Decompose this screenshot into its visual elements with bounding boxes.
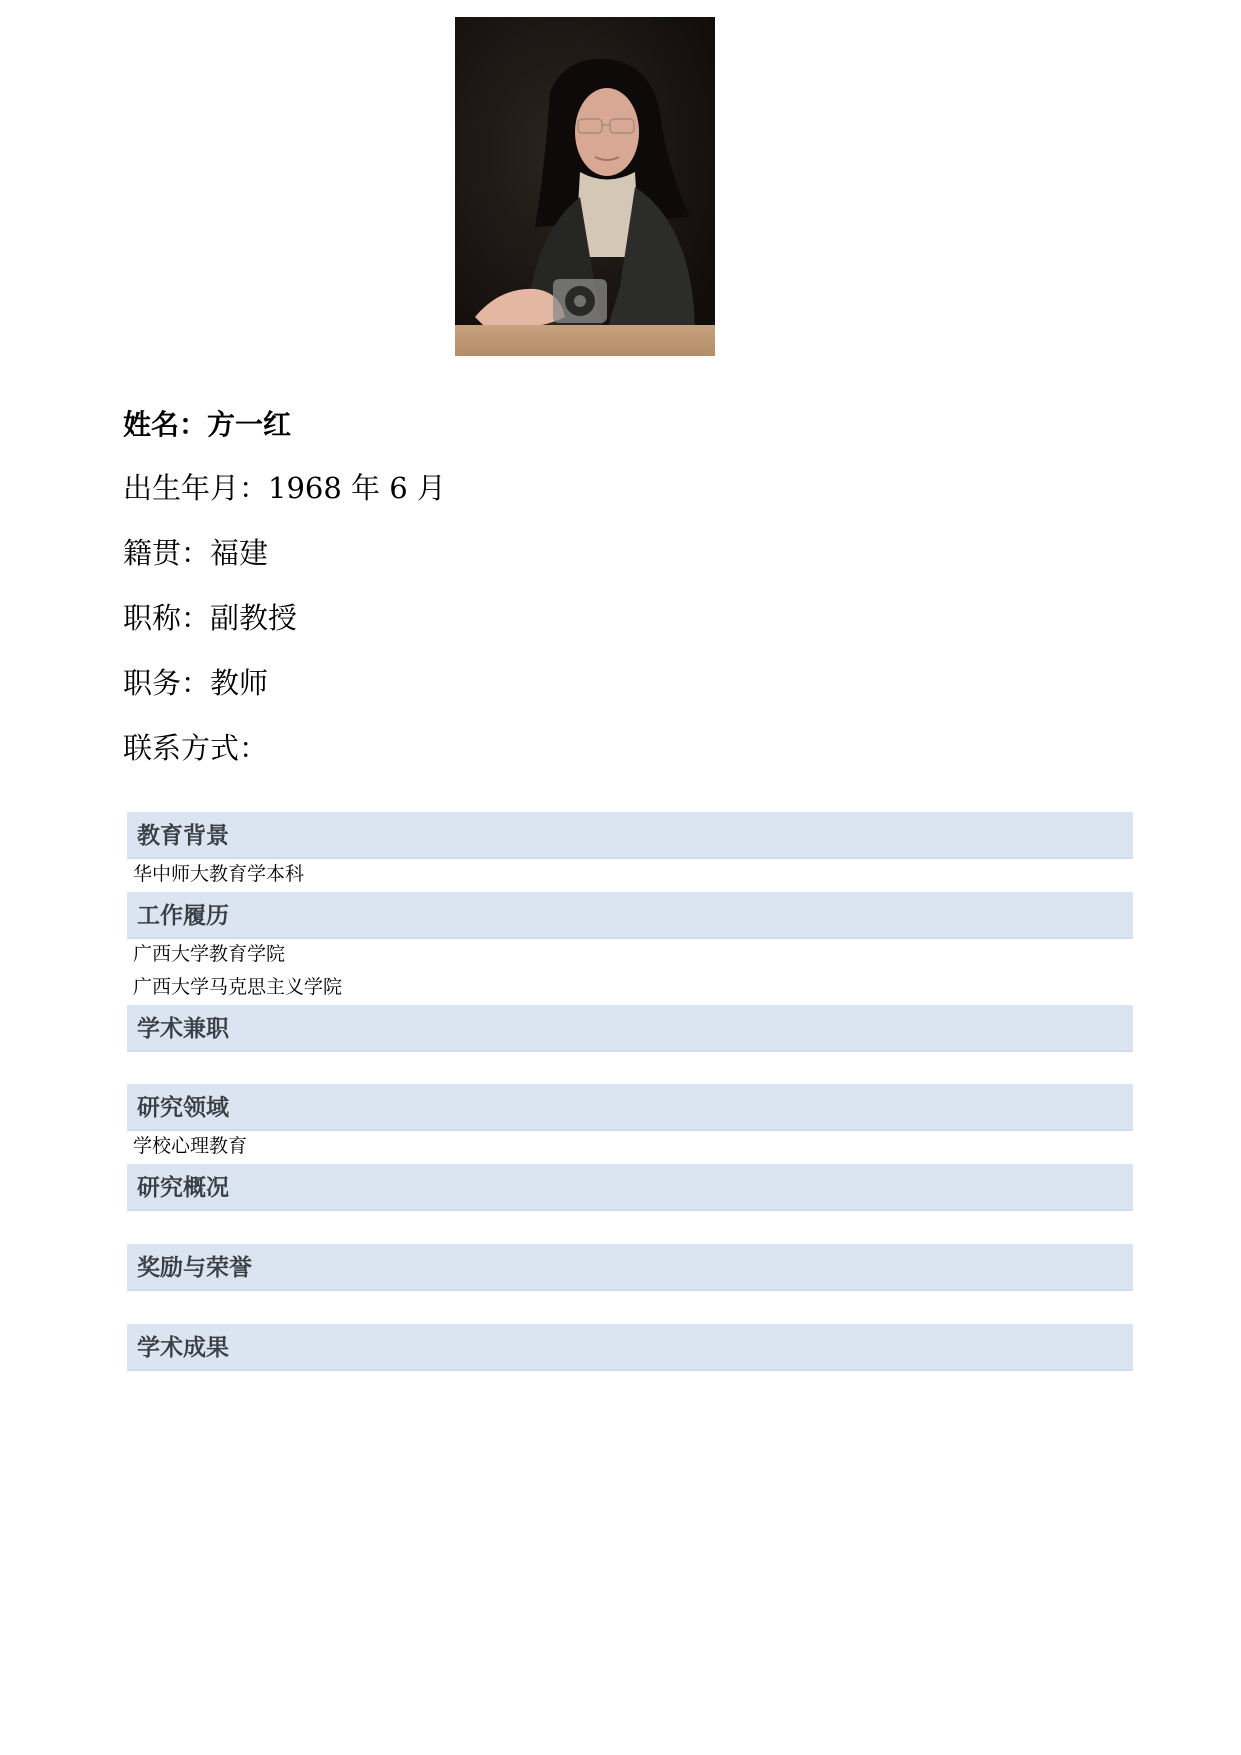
section-title: 教育背景 xyxy=(137,821,229,851)
name-value: 方一红 xyxy=(207,408,291,441)
camera-icon xyxy=(553,279,607,323)
list-item: 广西大学教育学院 xyxy=(133,941,285,967)
professional-title: 职称：副教授 xyxy=(123,600,297,636)
section-title: 学术兼职 xyxy=(137,1014,229,1044)
duty: 职务：教师 xyxy=(123,665,268,701)
profile-photo xyxy=(455,17,715,356)
section-title: 研究概况 xyxy=(137,1173,229,1203)
list-item: 广西大学马克思主义学院 xyxy=(133,974,342,1000)
list-item: 华中师大教育学本科 xyxy=(133,861,304,887)
native-place: 籍贯：福建 xyxy=(123,535,268,571)
section-title: 工作履历 xyxy=(137,901,229,931)
contact-info: 联系方式： xyxy=(123,730,268,766)
section-title: 学术成果 xyxy=(137,1333,229,1363)
portrait-image xyxy=(455,17,715,356)
name-label: 姓名： xyxy=(123,408,207,441)
list-item: 学校心理教育 xyxy=(133,1133,247,1159)
section-title: 奖励与荣誉 xyxy=(137,1253,252,1283)
section-header-publications: 学术成果 xyxy=(127,1324,1133,1371)
section-header-research-overview: 研究概况 xyxy=(127,1164,1133,1211)
section-header-academic-positions: 学术兼职 xyxy=(127,1005,1133,1052)
section-header-research-fields: 研究领域 xyxy=(127,1084,1133,1131)
section-header-awards: 奖励与荣誉 xyxy=(127,1244,1133,1291)
section-header-work-history: 工作履历 xyxy=(127,892,1133,939)
section-title: 研究领域 xyxy=(137,1093,229,1123)
section-header-education: 教育背景 xyxy=(127,812,1133,859)
name-line: 姓名：方一红 xyxy=(123,407,291,443)
birth-date: 出生年月：1968 年 6 月 xyxy=(123,470,446,506)
